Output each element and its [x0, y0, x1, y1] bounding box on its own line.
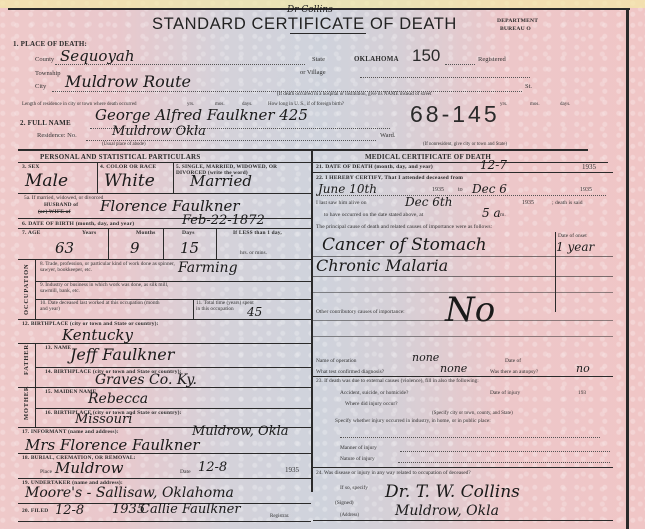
burial-place-value: Muldrow: [55, 459, 123, 477]
autopsy-value: no: [576, 362, 590, 375]
foreign-days-label: days.: [560, 102, 570, 107]
last-saw-label: I last saw him alive on: [316, 200, 367, 206]
occupation-vertical-label: OCCUPATION: [23, 264, 30, 315]
undertaker-value: Moore's - Sallisaw, Oklahoma: [25, 485, 234, 501]
contributory-value: No: [445, 290, 495, 330]
occupation-related-label: 24. Was disease or injury in any way rel…: [316, 470, 471, 476]
city-value: Muldrow Route: [65, 72, 191, 91]
right-border: [626, 10, 629, 529]
department-label: DEPARTMENT: [497, 18, 538, 24]
occurred-suffix: m.: [500, 212, 506, 218]
operation-date-label: Date of: [505, 358, 521, 364]
township-label: Township: [35, 70, 61, 77]
physician-signature: Dr. T. W. Collins: [385, 482, 520, 502]
spouse-label: 5a. If married, widowed, or divorced: [24, 195, 103, 201]
attended-from-value: June 10th: [318, 182, 377, 196]
burial-date-value: 12-8: [198, 460, 227, 475]
last-worked-label: 10. Date deceased last worked at this oc…: [40, 300, 160, 312]
total-time-value: 45: [247, 305, 262, 319]
father-name-label: 13. NAME: [45, 345, 71, 351]
where-injury-label: Where did injury occur?: [345, 401, 398, 407]
full-name-value: George Alfred Faulkner 425: [95, 106, 308, 124]
father-birthplace-value: Graves Co. Ky.: [95, 372, 197, 388]
age-months-value: 9: [130, 239, 140, 257]
nature-label: Nature of injury: [340, 456, 375, 462]
registrar-label: Registrar.: [270, 514, 289, 519]
maiden-name-value: Rebecca: [88, 391, 148, 407]
informant-value: Mrs Florence Faulkner: [25, 436, 200, 454]
last-saw-value: Dec 6th: [405, 195, 452, 209]
operation-label: Name of operation: [316, 358, 356, 364]
attended-from-year: 1935: [432, 187, 444, 193]
months-label: Months: [136, 230, 156, 236]
date-of-death-value: 12-7: [480, 158, 507, 172]
age-days-value: 15: [180, 239, 199, 257]
burial-place-label: Place: [40, 469, 52, 475]
street-label: St.: [525, 83, 532, 90]
county-label: County: [35, 56, 54, 63]
occurred-label: to have occurred on the date stated abov…: [324, 212, 423, 218]
filed-label: 20. FILED: [22, 508, 48, 514]
trade-label: 8. Trade, profession, or particular kind…: [40, 261, 175, 273]
title-underline: [290, 33, 366, 34]
contributory-label: Other contributory causes of importance:: [316, 309, 405, 315]
test-label: What test confirmed diagnosis?: [316, 369, 384, 375]
onset-1-value: 1 year: [556, 240, 594, 254]
death-said-label: ; death is said: [552, 200, 583, 206]
informant-address: Muldrow, Okla: [192, 424, 289, 439]
document-title: STANDARD CERTIFICATE OF DEATH: [152, 15, 457, 34]
village-label: or Village: [300, 69, 326, 76]
dob-value: Feb-22-1872: [182, 213, 265, 228]
specify-injury-label: Specify whether injury occurred in indus…: [335, 418, 491, 424]
wife-label: (or) WIFE of: [38, 209, 71, 215]
last-saw-year: 1935: [522, 200, 534, 206]
mother-birthplace-value: Missouri: [75, 412, 132, 427]
principal-cause-label: The principal cause of death and related…: [316, 224, 492, 230]
injury-date-label: Date of injury: [490, 390, 520, 396]
bureau-label: BUREAU O: [500, 26, 531, 32]
date-of-death-year: 1935: [582, 163, 596, 171]
accident-label: Accident, suicide, or homicide?: [340, 390, 408, 396]
attended-to-value: Dec 6: [472, 182, 507, 196]
registration-number: 150: [412, 46, 440, 66]
usual-place-note: (Usual place of abode): [102, 142, 146, 147]
age-label: 7. AGE: [22, 230, 41, 236]
less-than-day-label: If LESS than 1 day,: [233, 230, 282, 236]
if-so-label: If so, specify: [340, 485, 368, 491]
operation-value: none: [412, 351, 439, 364]
cause-2-value: Chronic Malaria: [316, 256, 448, 275]
race-value: White: [104, 171, 155, 191]
attended-to-year: 1935: [580, 187, 592, 193]
sex-label: 3. SEX: [22, 164, 40, 170]
certify-label: 22. I HEREBY CERTIFY, That I attended de…: [316, 175, 463, 181]
medical-section-title: MEDICAL CERTIFICATE OF DEATH: [365, 153, 491, 161]
husband-label: HUSBAND of: [44, 202, 78, 208]
external-causes-label: 23. If death was due to external causes …: [316, 378, 479, 384]
dob-label: 6. DATE OF BIRTH (month, day, and year): [22, 221, 134, 227]
autopsy-label: Was there an autopsy?: [490, 369, 538, 375]
nonresident-note: (If nonresident, give city or town and S…: [423, 142, 507, 147]
state-value: OKLAHOMA: [354, 55, 399, 63]
birthplace-value: Kentucky: [62, 326, 133, 344]
address-label: (Address): [340, 513, 359, 518]
test-value: none: [440, 362, 467, 375]
years-label: Years: [82, 230, 96, 236]
race-label: 4. COLOR OR RACE: [100, 164, 156, 170]
where-injury-note: (Specify city or town, county, and State…: [432, 411, 513, 416]
signed-label: (Signed): [335, 500, 354, 506]
manner-label: Manner of injury: [340, 445, 377, 451]
occurred-time: 5 a: [482, 206, 501, 220]
industry-label: 9. Industry or business in which work wa…: [40, 282, 175, 294]
registrar-signature: Callie Faulkner: [140, 502, 241, 517]
state-label: State: [312, 56, 325, 63]
physician-address: Muldrow, Okla: [395, 503, 499, 519]
registered-label: Registered: [478, 56, 506, 63]
ward-label: Ward.: [380, 132, 396, 139]
father-name-value: Jeff Faulkner: [70, 345, 174, 364]
marital-value: Married: [190, 172, 252, 190]
county-value: Sequoyah: [60, 47, 135, 65]
sex-value: Male: [25, 171, 68, 191]
burial-date-label: Date: [180, 469, 191, 475]
personal-section-title: PERSONAL AND STATISTICAL PARTICULARS: [40, 153, 200, 161]
onset-label: Date of onset: [558, 233, 587, 239]
date-of-death-label: 21. DATE OF DEATH (month, day, and year): [316, 164, 433, 170]
informant-label: 17. INFORMANT (name and address):: [22, 429, 119, 435]
cause-1-value: Cancer of Stomach: [322, 235, 487, 255]
hospital-note: (If death occurred in a hospital or inst…: [277, 92, 431, 97]
father-vertical-label: FATHER: [23, 344, 30, 375]
days-label: Days: [182, 230, 195, 236]
age-years-value: 63: [55, 239, 74, 257]
filed-value: 12-8: [55, 503, 84, 518]
injury-year: 193: [578, 390, 586, 396]
full-name-label: 2. FULL NAME: [20, 119, 71, 127]
mother-vertical-label: MOTHER: [23, 386, 30, 420]
column-divider: [311, 150, 313, 492]
city-label: City: [35, 83, 46, 90]
residence-value: Muldrow Okla: [112, 124, 206, 139]
burial-year: 1935: [285, 466, 299, 474]
residence-label: Residence: No.: [37, 132, 77, 139]
header-annotation: Dr Collins: [287, 5, 333, 15]
trade-value: Farming: [178, 260, 238, 276]
to-label: to: [458, 187, 463, 193]
hrs-mins-label: hrs. or mins.: [240, 250, 267, 256]
foreign-mos-label: mos.: [530, 102, 540, 107]
foreign-yrs-label: yrs.: [500, 102, 507, 107]
certificate-number: 68-145: [410, 101, 500, 128]
